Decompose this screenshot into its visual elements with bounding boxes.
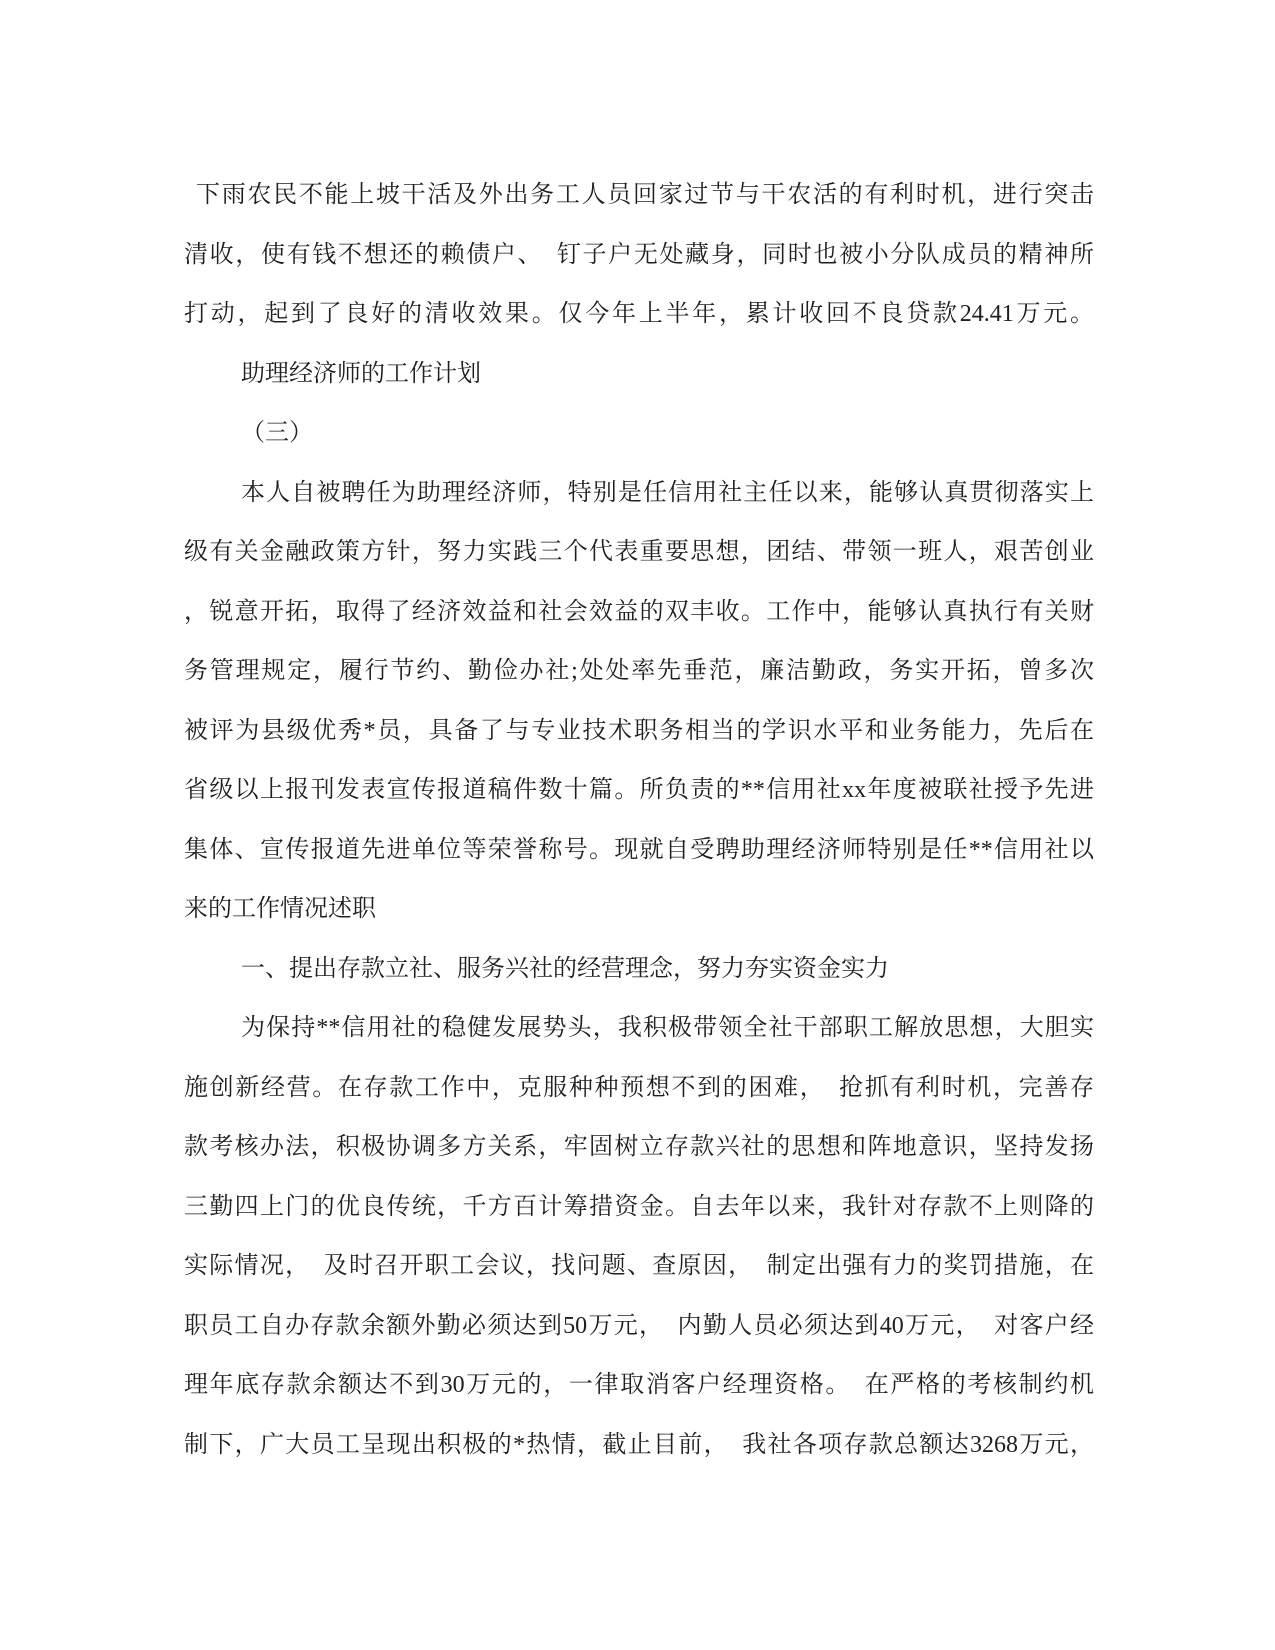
text-line: 清收，使有钱不想还的赖债户、 钉子户无处藏身，同时也被小分队成员的精神所 <box>184 226 1094 286</box>
text-line: 打动，起到了良好的清收效果。仅今年上半年，累计收回不良贷款24.41万元。 <box>184 285 1094 345</box>
section-number-line: （三） <box>184 404 1094 464</box>
text-line: 级有关金融政策方针，努力实践三个代表重要思想，团结、带领一班人，艰苦创业 <box>184 523 1094 583</box>
text-line: 三勤四上门的优良传统，千方百计筹措资金。自去年以来，我针对存款不上则降的 <box>184 1178 1094 1238</box>
text-line: 省级以上报刊发表宣传报道稿件数十篇。所负责的**信用社xx年度被联社授予先进 <box>184 761 1094 821</box>
text-line: ，锐意开拓，取得了经济效益和社会效益的双丰收。工作中，能够认真执行有关财 <box>184 583 1094 643</box>
text-line: 制下，广大员工呈现出积极的*热情，截止目前， 我社各项存款总额达3268万元， <box>184 1416 1094 1476</box>
text-line: 被评为县级优秀*员，具备了与专业技术职务相当的学识水平和业务能力，先后在 <box>184 702 1094 762</box>
text-line: 职员工自办存款余额外勤必须达到50万元， 内勤人员必须达到40万元， 对客户经 <box>184 1297 1094 1357</box>
text-line: 款考核办法，积极协调多方关系，牢固树立存款兴社的思想和阵地意识，坚持发扬 <box>184 1118 1094 1178</box>
text-line: 理年底存款余额达不到30万元的，一律取消客户经理资格。 在严格的考核制约机 <box>184 1356 1094 1416</box>
text-line: 来的工作情况述职 <box>184 880 1094 940</box>
text-line: 为保持**信用社的稳健发展势头，我积极带领全社干部职工解放思想，大胆实 <box>184 999 1094 1059</box>
text-line: 本人自被聘任为助理经济师，特别是任信用社主任以来，能够认真贯彻落实上 <box>184 464 1094 524</box>
document-title-line: 助理经济师的工作计划 <box>184 345 1094 405</box>
text-line: 施创新经营。在存款工作中，克服种种预想不到的困难， 抢抓有利时机，完善存 <box>184 1059 1094 1119</box>
text-line: 集体、宣传报道先进单位等荣誉称号。现就自受聘助理经济师特别是任**信用社以 <box>184 821 1094 881</box>
document-page: 下雨农民不能上坡干活及外出务工人员回家过节与干农活的有利时机，进行突击 清收，使… <box>0 0 1275 1650</box>
section-heading-line: 一、提出存款立社、服务兴社的经营理念，努力夯实资金实力 <box>184 940 1094 1000</box>
text-line: 实际情况， 及时召开职工会议，找问题、查原因， 制定出强有力的奖罚措施，在 <box>184 1237 1094 1297</box>
text-line: 务管理规定，履行节约、勤俭办社;处处率先垂范，廉洁勤政，务实开拓，曾多次 <box>184 642 1094 702</box>
text-line: 下雨农民不能上坡干活及外出务工人员回家过节与干农活的有利时机，进行突击 <box>184 166 1094 226</box>
